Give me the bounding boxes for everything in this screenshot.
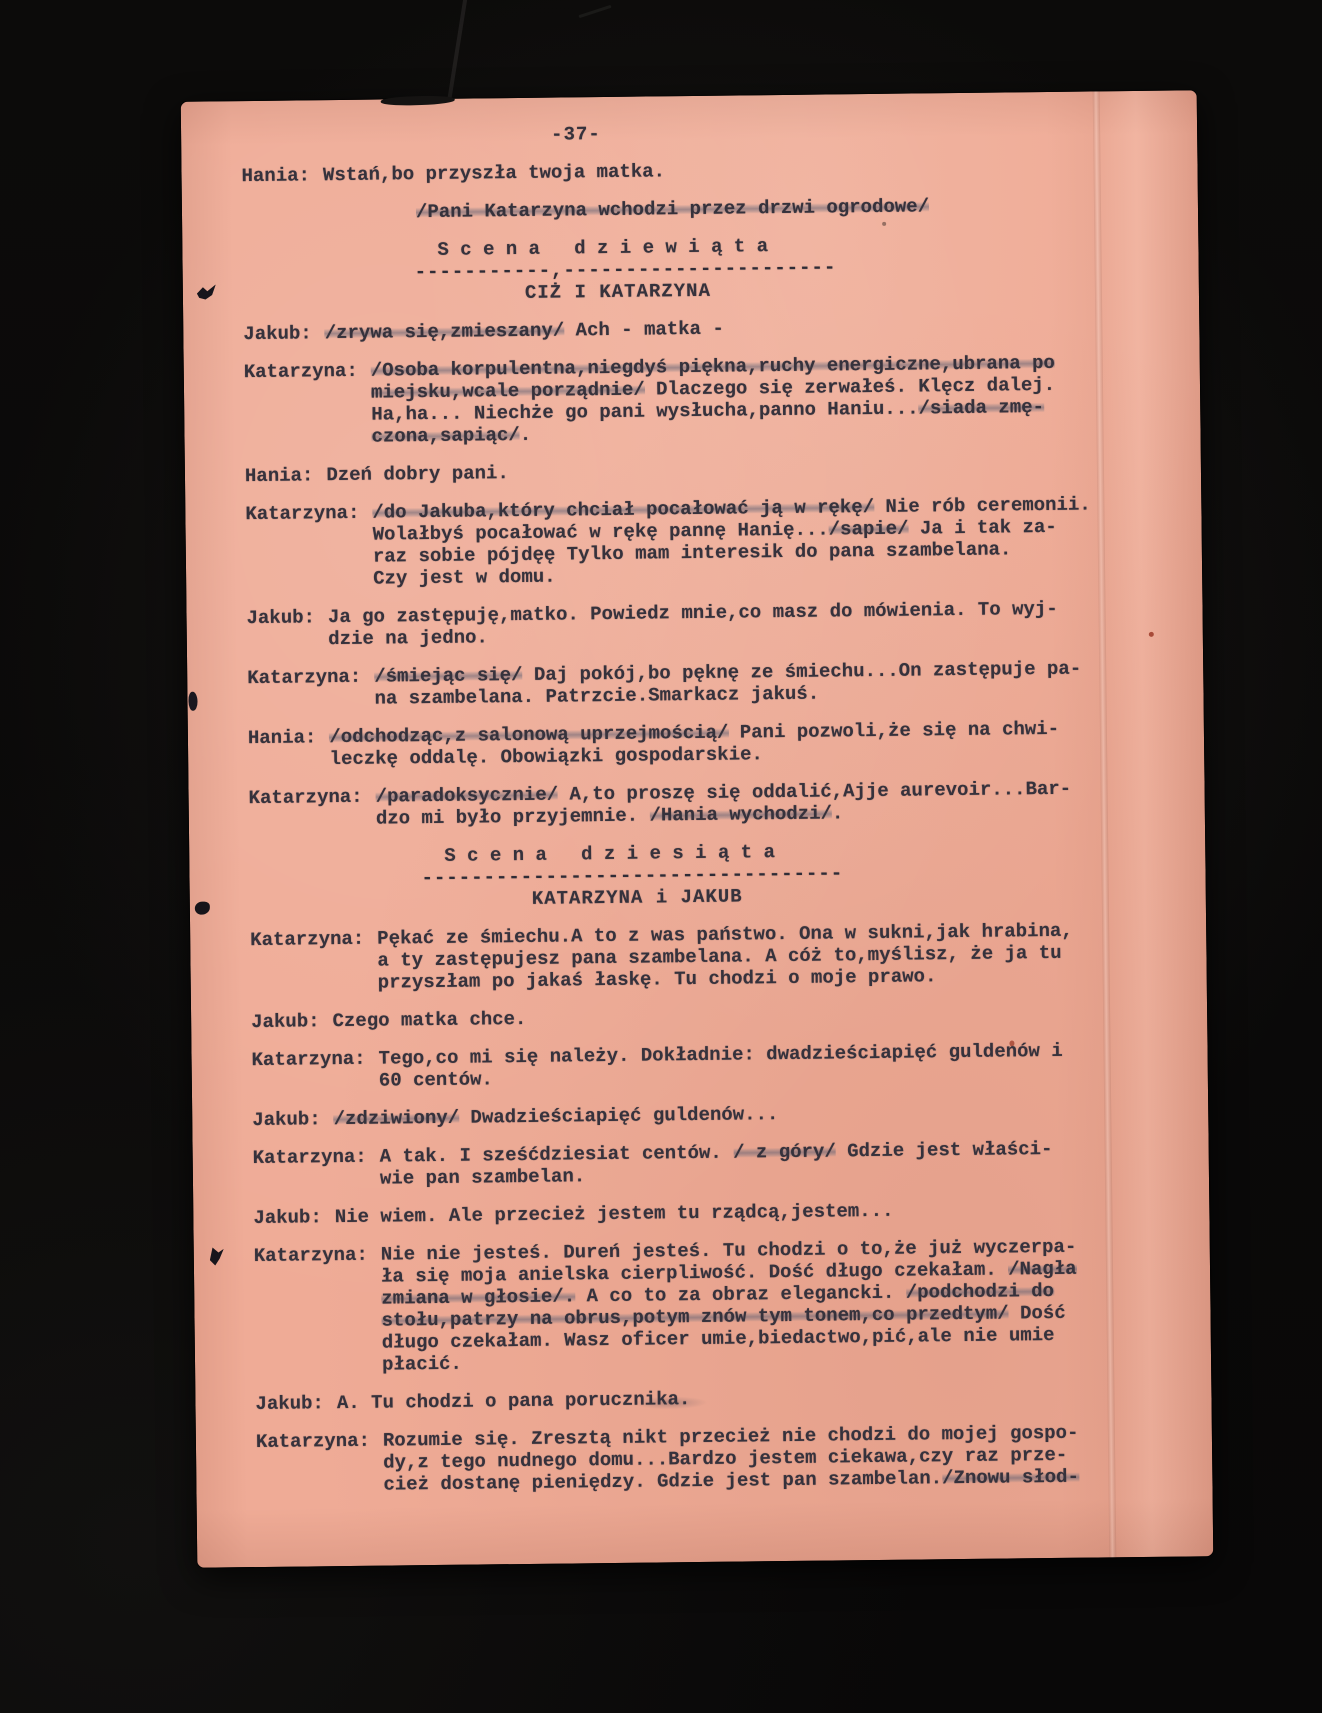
speech-block: /Pani Katarzyna wchodzi przez drzwi ogro… — [416, 193, 1170, 224]
text-segment: 60 centów. — [379, 1068, 493, 1091]
speaker-label: Jakub: — [252, 1108, 321, 1131]
scanner-scratch-mark — [578, 5, 611, 18]
speaker-label: Katarzyna: — [244, 360, 359, 449]
struck-text: /Pani Katarzyna wchodzi przez drzwi ogro… — [416, 195, 929, 223]
dialogue-entry: Katarzyna:/śmiejąc się/ Daj pokój,bo pęk… — [247, 657, 1175, 712]
struck-text: / z góry/ — [733, 1140, 836, 1163]
speech-line: /zrywa się,zmieszany/ Ach - matka - — [325, 313, 1172, 345]
struck-text: czona,sapiąc/ — [371, 424, 519, 448]
typescript-page: -37-Hania:Wstań,bo przyszła twoja matka.… — [181, 90, 1214, 1567]
speech-block: Rozumie się. Zresztą nikt przecież nie c… — [383, 1421, 1185, 1496]
speech-block: Nie wiem. Ale przecież jestem tu rządcą,… — [335, 1197, 1182, 1229]
struck-text: /siada zmę- — [918, 396, 1044, 419]
speech-block: Czego matka chce. — [332, 1001, 1179, 1033]
dialogue-entry: Jakub:A. Tu chodzi o pana porucznika. — [255, 1383, 1183, 1416]
text-segment: na szambelana. Patrzcie.Smarkacz jakuś. — [374, 683, 819, 710]
text-segment: dzie na jedno. — [328, 626, 488, 650]
speaker-label: Hania: — [245, 464, 314, 487]
struck-text: /sapie/ — [829, 518, 909, 541]
struck-text: /zrywa się,zmieszany/ — [325, 319, 565, 344]
script-body: -37-Hania:Wstań,bo przyszła twoja matka.… — [181, 90, 1214, 1567]
speech-block: Wstań,bo przyszła twoja matka. — [323, 155, 1170, 187]
speech-line: /zdziwiony/ Dwadzieściapięć guldenów... — [334, 1099, 1181, 1131]
speech-block: /paradoksycznie/ A,to proszę się oddalić… — [376, 777, 1177, 830]
dialogue-entry: Jakub:/zrywa się,zmieszany/ Ach - matka … — [243, 313, 1171, 346]
speaker-label: Katarzyna: — [253, 1146, 368, 1191]
speaker-label: Katarzyna: — [248, 786, 363, 831]
speaker-label: Katarzyna: — [245, 502, 360, 591]
text-segment: Pani pozwoli,że się na chwi- — [728, 718, 1059, 744]
struck-text: /Nagła — [1008, 1258, 1077, 1281]
speech-block: /śmiejąc się/ Daj pokój,bo pęknę ze śmie… — [374, 657, 1175, 710]
speech-block: Dzeń dobry pani. — [326, 455, 1173, 487]
speech-block: A tak. I sześćdziesiat centów. / z góry/… — [380, 1137, 1181, 1190]
text-segment: wie pan szambelan. — [380, 1165, 585, 1189]
dialogue-entry: Katarzyna:Rozumie się. Zresztą nikt prze… — [256, 1421, 1185, 1498]
speaker-label: Jakub: — [243, 322, 312, 345]
text-segment: Dość — [1009, 1302, 1066, 1325]
struck-text: /podchodzi do — [906, 1280, 1054, 1304]
dialogue-entry: Hania:/odchodząc,z salonową uprzejmością… — [248, 717, 1176, 772]
text-segment: Czy jest w domu. — [373, 566, 556, 590]
dialogue-entry: Jakub:/zdziwiony/ Dwadzieściapięć gulden… — [252, 1099, 1180, 1132]
dialogue-entry: Hania:Dzeń dobry pani. — [245, 455, 1173, 488]
text-segment: Nie wiem. Ale przecież jestem tu rządcą,… — [335, 1200, 894, 1228]
text-segment: dzo mi było przyjemnie. — [376, 805, 650, 830]
speaker-label: Jakub: — [253, 1206, 322, 1229]
text-segment: Dzeń dobry pani. — [326, 462, 509, 486]
struck-text: zmiana w głosie/. — [381, 1285, 575, 1309]
dialogue-entry: Katarzyna:Nie nie jesteś. Dureń jesteś. … — [254, 1235, 1183, 1378]
dialogue-entry: Katarzyna:/Osoba korpulentna,niegdyś pię… — [244, 351, 1173, 450]
struck-text: miejsku,wcale porządnie/ — [371, 379, 645, 404]
dialogue-entry: Jakub:Czego matka chce. — [251, 1001, 1179, 1034]
speech-block: /Osoba korpulentna,niegdyś piękna,ruchy … — [371, 351, 1173, 448]
speaker-label: Katarzyna: — [254, 1244, 370, 1377]
stage-direction-entry: /Pani Katarzyna wchodzi przez drzwi ogro… — [416, 193, 1170, 224]
speech-line: Wstań,bo przyszła twoja matka. — [323, 155, 1170, 187]
text-segment: . — [520, 424, 532, 446]
speaker-label: Hania: — [248, 726, 317, 771]
dialogue-entry: Katarzyna:/paradoksycznie/ A,to proszę s… — [248, 777, 1176, 832]
text-segment: Ach - matka - — [564, 318, 724, 342]
speech-line: Nie wiem. Ale przecież jestem tu rządcą,… — [335, 1197, 1182, 1229]
text-segment: Wstań,bo przyszła twoja matka. — [323, 160, 665, 186]
speech-block: /zdziwiony/ Dwadzieściapięć guldenów... — [334, 1099, 1181, 1131]
speech-line: Dzeń dobry pani. — [326, 455, 1173, 487]
speech-line: Czego matka chce. — [332, 1001, 1179, 1033]
scan-background: { "page": { "number_label": "-37-" }, "s… — [0, 0, 1322, 1713]
struck-text: /Znowu słod- — [942, 1466, 1079, 1490]
text-segment: Gdzie jest właści- — [836, 1138, 1053, 1162]
struck-text: /zdziwiony/ — [334, 1107, 460, 1130]
speech-line: A. Tu chodzi o pana porucznika. — [337, 1383, 1184, 1415]
dialogue-entry: Katarzyna:Tego,co mi się należy. Dokładn… — [251, 1039, 1179, 1094]
speech-block: Tego,co mi się należy. Dokładnie: dwadzi… — [378, 1039, 1179, 1092]
dialogue-entry: Katarzyna:/do Jakuba,który chciał pocało… — [245, 493, 1174, 592]
dialogue-entry: Katarzyna:Pękać ze śmiechu.A to z was pa… — [250, 919, 1179, 996]
struck-text: /śmiejąc się/ — [374, 664, 522, 688]
speech-block: Pękać ze śmiechu.A to z was państwo. Ona… — [377, 919, 1179, 994]
dialogue-entry: Hania:Wstań,bo przyszła twoja matka. — [241, 155, 1169, 188]
speech-block: Nie nie jesteś. Dureń jesteś. Tu chodzi … — [381, 1235, 1183, 1376]
dialogue-entry: Katarzyna:A tak. I sześćdziesiat centów.… — [253, 1137, 1181, 1192]
speaker-label: Katarzyna: — [251, 1048, 366, 1093]
text-segment: Czego matka chce. — [332, 1008, 526, 1032]
speech-block: /zrywa się,zmieszany/ Ach - matka - — [325, 313, 1172, 345]
speech-block: /do Jakuba,który chciał pocałować ją w r… — [372, 493, 1174, 590]
speaker-label: Katarzyna: — [247, 666, 362, 711]
text-segment: . — [832, 802, 844, 824]
text-segment: leczkę oddalę. Obowiązki gospodarskie. — [329, 743, 763, 770]
text-segment: Ja i tak za- — [908, 516, 1056, 540]
speech-block: /odchodząc,z salonową uprzejmością/ Pani… — [329, 717, 1176, 771]
speaker-label: Hania: — [241, 164, 310, 187]
text-segment: płacić. — [382, 1353, 462, 1376]
speaker-label: Katarzyna: — [256, 1430, 371, 1497]
speech-block: A. Tu chodzi o pana porucznika. — [337, 1383, 1184, 1415]
text-segment: Dwadzieściapięć guldenów... — [459, 1103, 778, 1129]
struck-text: /Hania wychodzi/ — [649, 802, 832, 826]
page-number: -37- — [551, 117, 1169, 146]
speaker-label: Katarzyna: — [250, 928, 365, 995]
speaker-label: Jakub: — [255, 1392, 324, 1415]
text-segment: A tak. I sześćdziesiat centów. — [380, 1142, 734, 1168]
speech-block: Ja go zastępuję,matko. Powiedz mnie,co m… — [328, 597, 1175, 651]
dialogue-entry: Jakub:Nie wiem. Ale przecież jestem tu r… — [253, 1197, 1181, 1230]
text-segment: A. Tu chodzi o pana porucznika. — [337, 1388, 691, 1414]
speaker-label: Jakub: — [251, 1010, 320, 1033]
dialogue-entry: Jakub:Ja go zastępuję,matko. Powiedz mni… — [246, 597, 1174, 652]
struck-text: /paradoksycznie/ — [376, 784, 559, 808]
speech-line: /Pani Katarzyna wchodzi przez drzwi ogro… — [416, 193, 1170, 224]
speaker-label: Jakub: — [246, 606, 315, 651]
text-segment: Nie rób ceremonii. — [874, 494, 1091, 518]
